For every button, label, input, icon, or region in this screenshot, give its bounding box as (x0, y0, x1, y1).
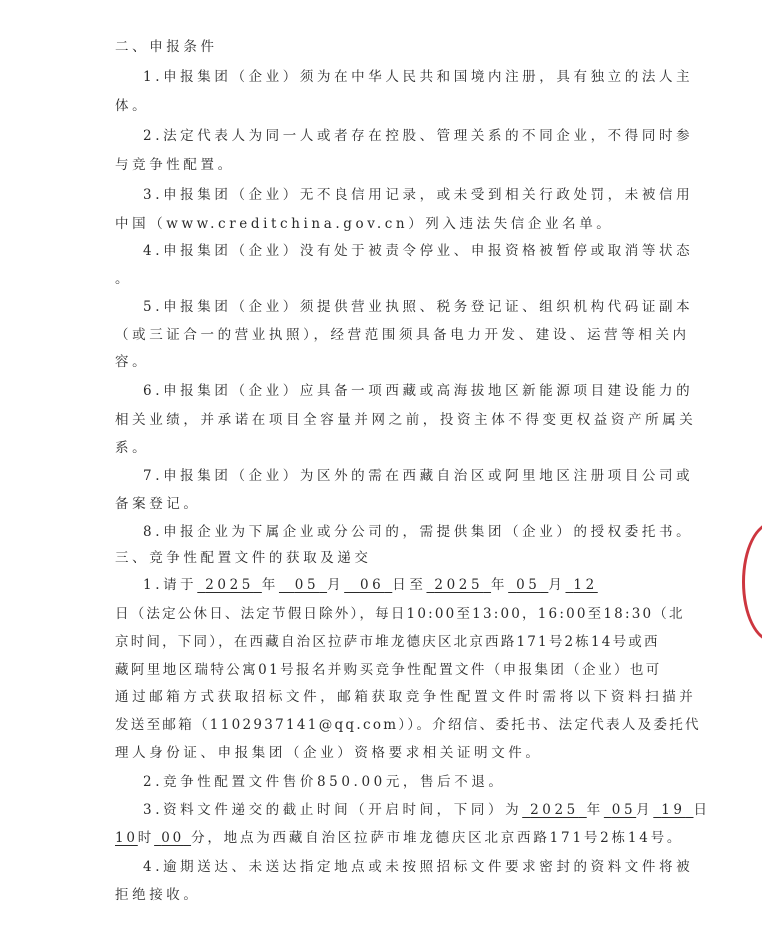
s3-item-4-line-1: 4.逾期送达、未送达指定地点或未按照招标文件要求密封的资料文件将被 (143, 858, 693, 876)
start-year-value: 2025 (205, 577, 254, 593)
start-year: 2025 (197, 577, 262, 593)
deadline-day: 19 (653, 802, 693, 818)
item-3-line-2: 中国（www.creditchina.gov.cn）列入违法失信企业名单。 (115, 215, 613, 233)
item-4-line-1: 4.申报集团（企业）没有处于被责令停业、申报资格被暂停或取消等状态 (143, 242, 693, 260)
s3-item-1-line-6: 发送至邮箱（1102937141@qq.com））。介绍信、委托书、法定代表人及… (115, 716, 701, 734)
deadline-year-value: 2025 (530, 802, 579, 818)
item-5-line-2: （或三证合一的营业执照），经营范围须具备电力开发、建设、运营等相关内 (115, 326, 690, 344)
start-month-value: 05 (295, 577, 319, 593)
item-7-line-1: 7.申报集团（企业）为区外的需在西藏自治区或阿里地区注册项目公司或 (143, 467, 693, 485)
item-1-line-2: 体。 (115, 97, 149, 115)
end-year-value: 2025 (434, 577, 483, 593)
s3-item-1-line-4: 藏阿里地区瑞特公寓01号报名并购买竞争性配置文件（申报集团（企业）也可 (115, 661, 662, 679)
deadline-year: 2025 (522, 802, 587, 818)
start-day-value: 06 (360, 577, 384, 593)
end-month-value: 05 (516, 577, 540, 593)
item-6-line-1: 6.申报集团（企业）应具备一项西藏或高海拔地区新能源项目建设能力的 (143, 382, 693, 400)
item-7-line-2: 备案登记。 (115, 495, 201, 513)
item-5-line-3: 容。 (115, 353, 149, 371)
s3-item-4-line-2: 拒绝接收。 (115, 886, 201, 904)
deadline-hour: 10 (115, 830, 138, 846)
hour-label: 时 (138, 830, 154, 846)
document-page: 二、申报条件 1.申报集团（企业）须为在中华人民共和国境内注册，具有独立的法人主… (0, 0, 762, 936)
deadline-minute-value: 00 (161, 830, 184, 846)
s3-item-2: 2.竞争性配置文件售价850.00元，售后不退。 (143, 773, 506, 791)
s3-item-1-line-7: 理人身份证、申报集团（企业）资格要求相关证明文件。 (115, 744, 543, 762)
month-label: 月 (636, 802, 653, 818)
s3-item-3-line-1: 3.资料文件递交的截止时间（开启时间，下同）为 2025 年 05月 19 日 (143, 801, 711, 819)
item-2-line-2: 与竞争性配置。 (115, 156, 235, 174)
s3-item-1-line-3: 京时间，下同），在西藏自治区拉萨市堆龙德庆区北京西路171号2栋14号或西 (115, 633, 660, 651)
end-day: 12 (565, 577, 597, 593)
item-3-line-1: 3.申报集团（企业）无不良信用记录，或未受到相关行政处罚，未被信用 (143, 186, 693, 204)
deadline-month: 05 (604, 802, 636, 818)
year-label: 年 (262, 577, 279, 593)
start-day: 06 (344, 577, 392, 593)
deadline-month-value: 05 (612, 802, 636, 818)
day-label: 日 (693, 802, 710, 818)
end-day-value: 12 (573, 577, 597, 593)
official-seal-stamp: …公司… (742, 522, 762, 642)
item-6-line-3: 系。 (115, 439, 149, 457)
month-label: 月 (548, 577, 565, 593)
s3-item-1-line-1: 1.请于 2025 年 05 月 06 日至 2025 年 05 月 12 (143, 576, 598, 594)
s3-item-1-prefix: 1.请于 (143, 577, 197, 593)
day-to-label: 日至 (392, 577, 426, 593)
section-2-heading: 二、申报条件 (115, 38, 218, 56)
end-year: 2025 (426, 577, 491, 593)
item-6-line-2: 相关业绩，并承诺在项目全容量并网之前，投资主体不得变更权益资产所属关 (115, 411, 696, 429)
year-label: 年 (491, 577, 508, 593)
item-2-line-1: 2.法定代表人为同一人或者存在控股、管理关系的不同企业，不得同时参 (143, 127, 693, 145)
deadline-minute: 00 (154, 830, 191, 846)
month-label: 月 (327, 577, 344, 593)
start-month: 05 (279, 577, 327, 593)
s3-item-1-line-5: 通过邮箱方式获取招标文件，邮箱获取竞争性配置文件时需将以下资料扫描并 (115, 688, 696, 706)
minute-label: 分，地点为西藏自治区拉萨市堆龙德庆区北京西路171号2栋14号。 (191, 830, 683, 846)
item-8-line-1: 8.申报企业为下属企业或分公司的，需提供集团（企业）的授权委托书。 (143, 523, 693, 541)
deadline-day-value: 19 (661, 802, 685, 818)
s3-item-3-line-2: 10时 00 分，地点为西藏自治区拉萨市堆龙德庆区北京西路171号2栋14号。 (115, 829, 683, 847)
section-3-heading: 三、竞争性配置文件的获取及递交 (115, 549, 372, 567)
s3-item-1-line-2: 日（法定公休日、法定节假日除外），每日10:00至13:00，16:00至18:… (115, 605, 685, 623)
item-4-line-2: 。 (115, 270, 132, 288)
item-5-line-1: 5.申报集团（企业）须提供营业执照、税务登记证、组织机构代码证副本 (143, 298, 693, 316)
end-month: 05 (508, 577, 548, 593)
s3-item-3-prefix: 3.资料文件递交的截止时间（开启时间，下同）为 (143, 802, 522, 818)
item-1-line-1: 1.申报集团（企业）须为在中华人民共和国境内注册，具有独立的法人主 (143, 68, 693, 86)
year-label: 年 (587, 802, 604, 818)
